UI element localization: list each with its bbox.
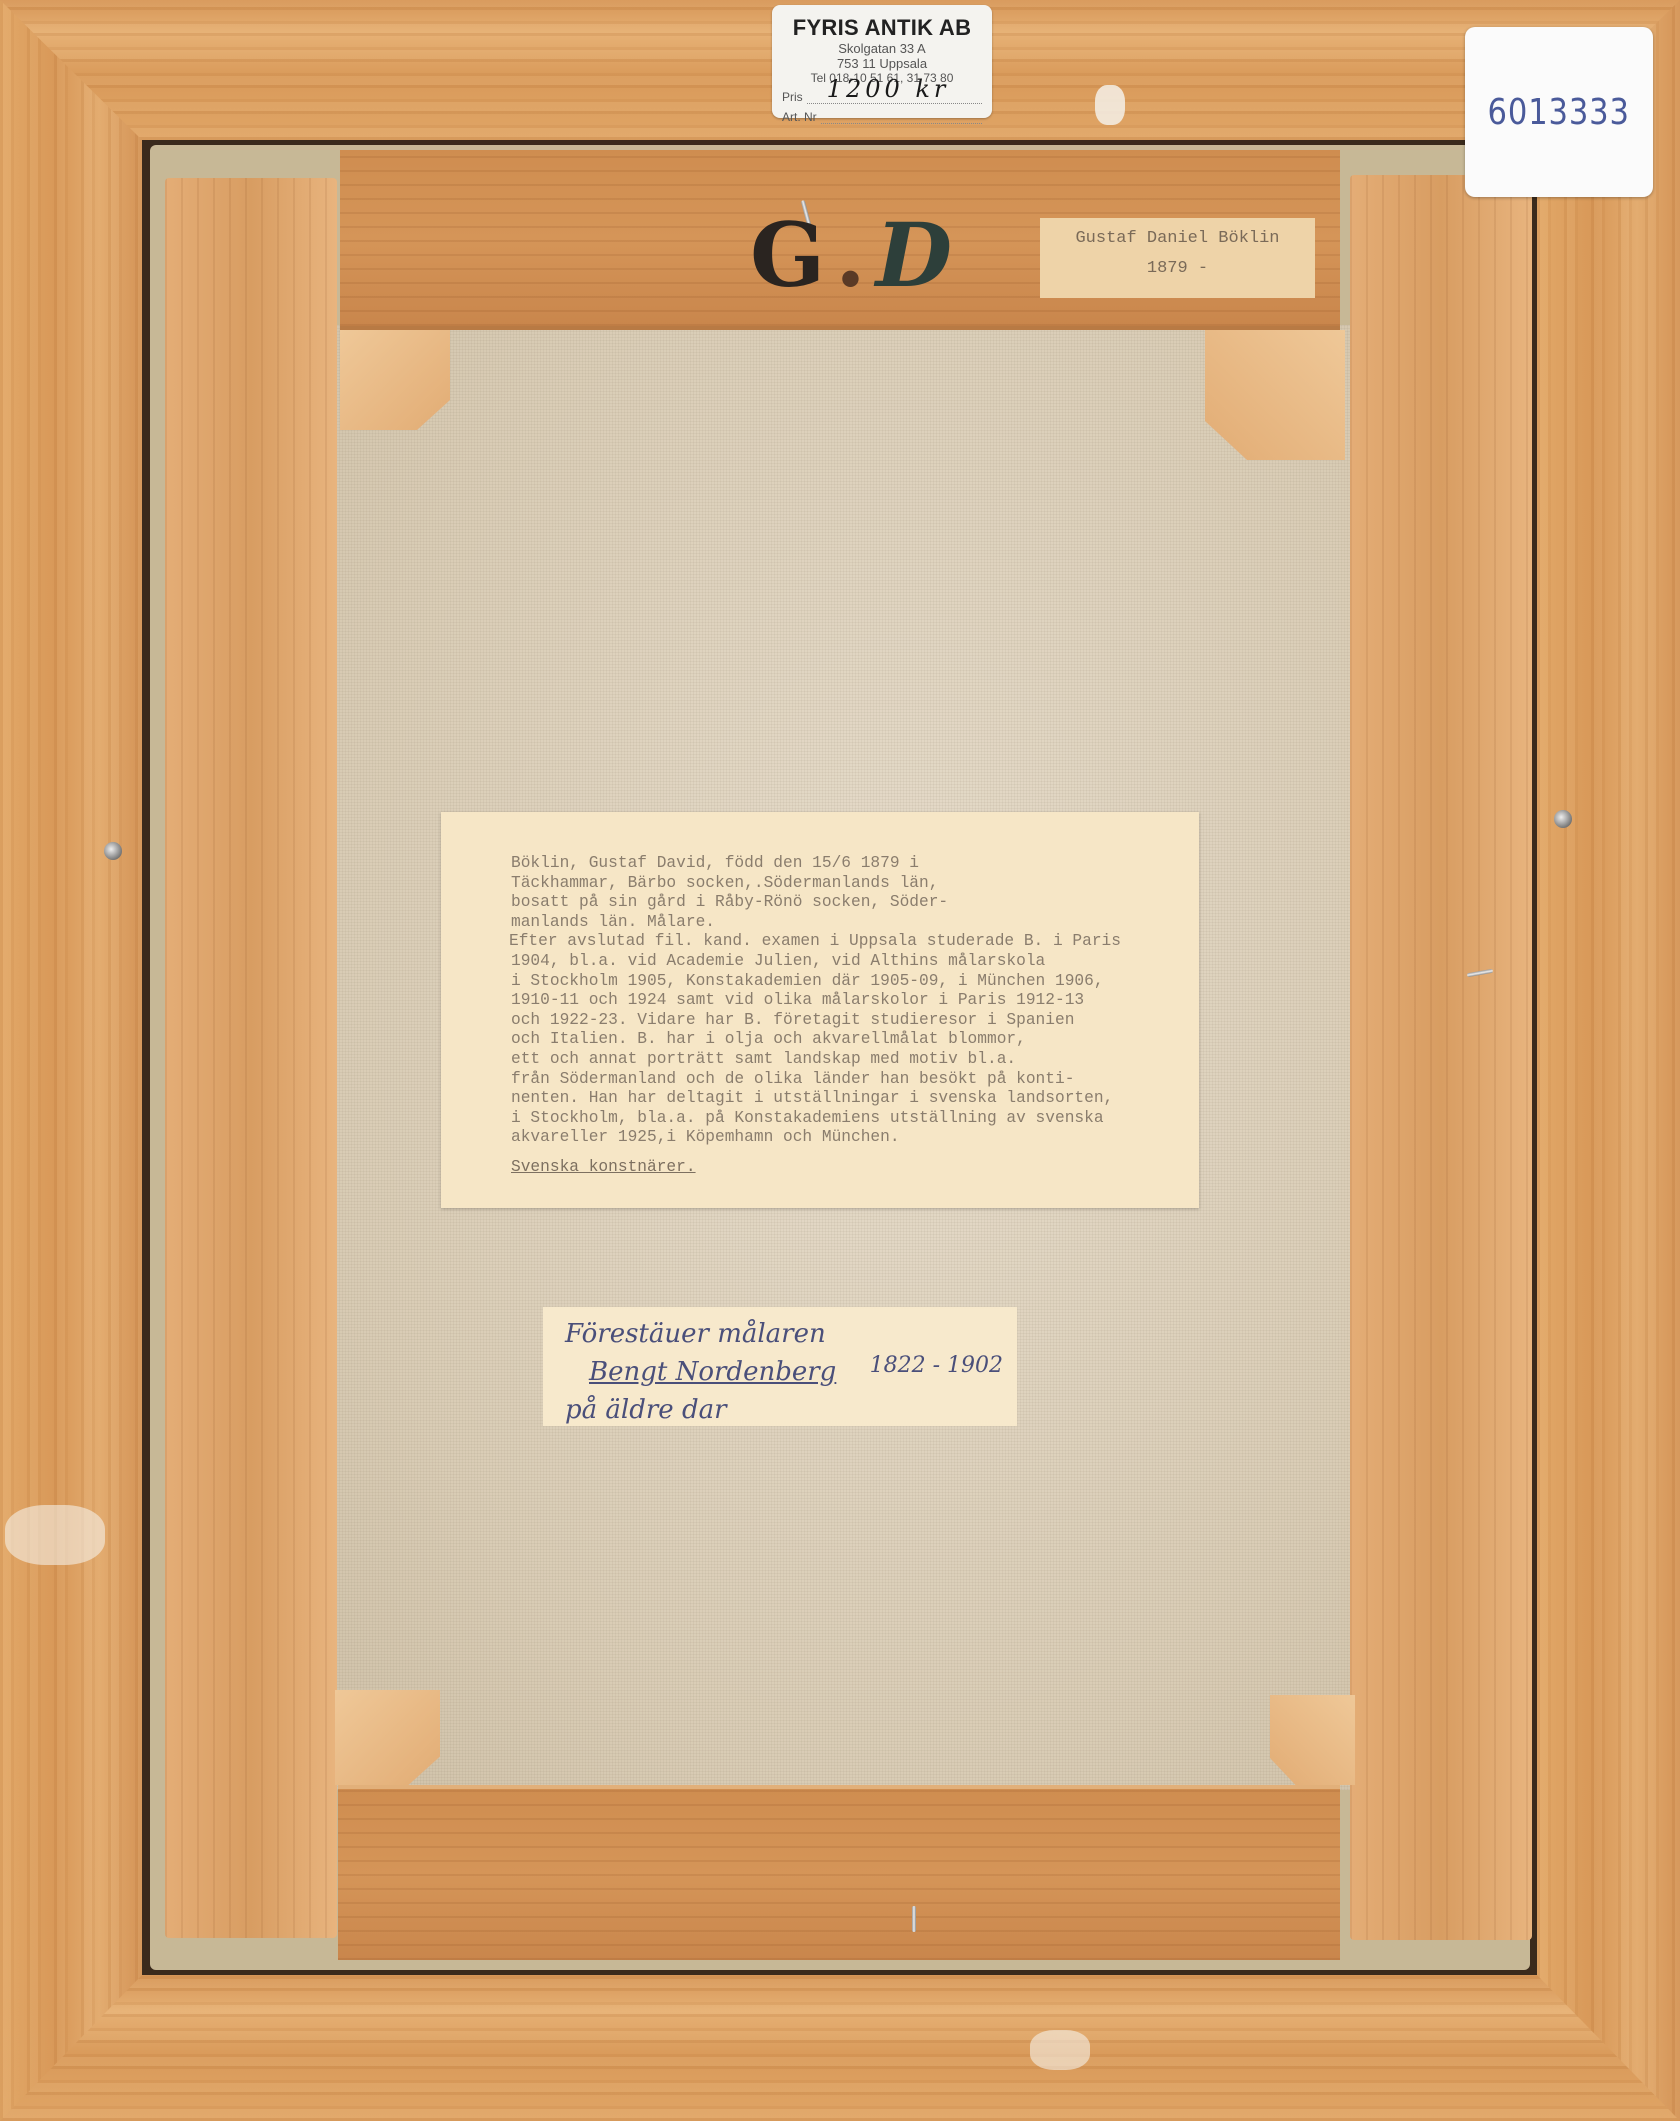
- screw-left: [104, 842, 122, 860]
- inventory-number-sticker: 6013333: [1465, 27, 1653, 197]
- stencil-dot: .: [835, 211, 866, 299]
- price-field: 1200 kr: [807, 91, 982, 104]
- artist-name: Gustaf Daniel Böklin: [1040, 222, 1315, 256]
- bio-line: ett och annat porträtt samt landskap med…: [511, 1050, 1199, 1070]
- bio-line: akvareller 1925,i Köpemhamn och München.: [511, 1128, 1199, 1148]
- price-label: Pris: [782, 90, 803, 104]
- corner-key-bottom-right: [1270, 1695, 1355, 1785]
- article-field: [821, 111, 982, 124]
- bio-line: Efter avslutad fil. kand. examen i Uppsa…: [509, 932, 1199, 952]
- stretcher-bottom-bar: [338, 1785, 1340, 1960]
- frame-left-stile: [0, 0, 142, 2121]
- bio-line: och Italien. B. har i olja och akvarellm…: [511, 1030, 1199, 1050]
- paint-chip: [1030, 2030, 1090, 2070]
- stencil-initial-d: D: [876, 211, 952, 299]
- article-row: Art. Nr: [782, 110, 982, 124]
- paint-chip: [1095, 85, 1125, 125]
- frame-bottom-rail: [0, 1975, 1680, 2121]
- dealer-price-sticker: FYRIS ANTIK AB Skolgatan 33 A 753 11 Upp…: [772, 5, 992, 118]
- corner-key-bottom-left: [335, 1690, 440, 1785]
- artist-birth-year: 1879 -: [1040, 256, 1315, 282]
- inventory-number: 6013333: [1488, 92, 1630, 133]
- bio-line: från Södermanland och de olika länder ha…: [511, 1070, 1199, 1090]
- frame-right-stile: [1537, 0, 1680, 2121]
- screw-right: [1554, 810, 1572, 828]
- nail-bottom: [912, 1906, 916, 1932]
- stencil-initial-g: G: [750, 211, 825, 299]
- handwritten-note: Förestäuer målaren Bengt Nordenberg på ä…: [543, 1307, 1017, 1426]
- bio-line: 1910-11 och 1924 samt vid olika målarsko…: [511, 991, 1199, 1011]
- bio-line: nenten. Han har deltagit i utställningar…: [511, 1089, 1199, 1109]
- bio-source: Svenska konstnärer.: [511, 1158, 1199, 1178]
- dealer-name: FYRIS ANTIK AB: [772, 15, 992, 41]
- artist-name-label: Gustaf Daniel Böklin 1879 -: [1040, 218, 1315, 298]
- article-label: Art. Nr: [782, 110, 817, 124]
- stencil-initials: G . D: [750, 205, 970, 305]
- stretcher-left-bar: [165, 178, 337, 1938]
- bio-line: manlands län. Målare.: [511, 913, 1199, 933]
- corner-key-top-left: [340, 330, 450, 430]
- dealer-city: 753 11 Uppsala: [772, 56, 992, 71]
- handwritten-line-3: på äldre dar: [565, 1391, 1017, 1429]
- corner-key-top-right: [1205, 330, 1345, 460]
- bio-line: och 1922-23. Vidare har B. företagit stu…: [511, 1011, 1199, 1031]
- bio-line: Böklin, Gustaf David, född den 15/6 1879…: [511, 854, 1199, 874]
- stretcher-right-bar: [1350, 175, 1532, 1940]
- bio-line: Täckhammar, Bärbo socken,.Södermanlands …: [511, 874, 1199, 894]
- dealer-street: Skolgatan 33 A: [772, 41, 992, 56]
- handwritten-line-1: Förestäuer målaren: [565, 1315, 1017, 1353]
- handwritten-years: 1822 - 1902: [870, 1353, 1003, 1378]
- bio-line: i Stockholm 1905, Konstakademien där 190…: [511, 972, 1199, 992]
- price-row: Pris 1200 kr: [782, 90, 982, 104]
- price-value: 1200 kr: [827, 75, 950, 103]
- bio-line: 1904, bl.a. vid Academie Julien, vid Alt…: [511, 952, 1199, 972]
- bio-line: bosatt på sin gård i Råby-Rönö socken, S…: [511, 893, 1199, 913]
- typed-biography-note: Böklin, Gustaf David, född den 15/6 1879…: [441, 812, 1199, 1208]
- bio-line: i Stockholm, bla.a. på Konstakademiens u…: [511, 1109, 1199, 1129]
- paint-chip: [5, 1505, 105, 1565]
